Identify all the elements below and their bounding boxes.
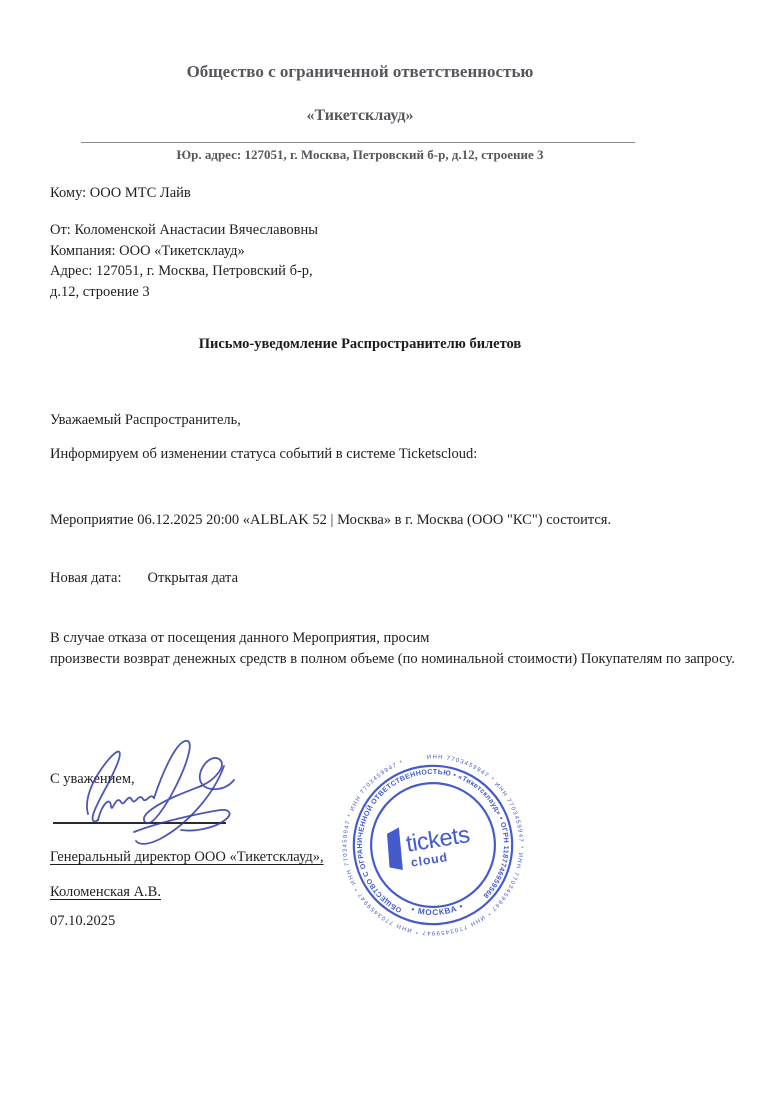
refund-paragraph-line1: В случае отказа от посещения данного Мер… [50, 630, 429, 647]
event-status-line: Мероприятие 06.12.2025 20:00 «ALBLAK 52 … [50, 512, 611, 529]
company-stamp: ИНН 7703459947 * ИНН 7703459947 * ИНН 77… [342, 754, 524, 936]
recipient-line: Кому: ООО МТС Лайв [50, 185, 191, 202]
stamp-logo: tickets cloud [384, 817, 474, 874]
sender-address-line1: Адрес: 127051, г. Москва, Петровский б-р… [50, 263, 313, 280]
org-type-heading: Общество с ограниченной ответственностью [50, 62, 670, 82]
sender-from-line: От: Коломенской Анастасии Вячеславовны [50, 222, 318, 239]
stamp-city-text: • МОСКВА • [410, 901, 466, 919]
letter-title: Письмо-уведомление Распространителю биле… [50, 336, 670, 353]
letter-date: 07.10.2025 [50, 913, 115, 930]
sender-address-line2: д.12, строение 3 [50, 284, 150, 301]
svg-text:• МОСКВА •: • МОСКВА • [410, 901, 466, 919]
sender-company-line: Компания: ООО «Тикетсклауд» [50, 243, 245, 260]
letter-document: Общество с ограниченной ответственностью… [0, 0, 768, 1097]
salutation-line: Уважаемый Распространитель, [50, 412, 241, 429]
ticket-bar-icon [384, 827, 406, 872]
legal-address: Юр. адрес: 127051, г. Москва, Петровский… [50, 147, 670, 163]
refund-paragraph-line2: произвести возврат денежных средств в по… [50, 651, 735, 668]
new-date-label: Новая дата: [50, 570, 122, 586]
intro-line: Информируем об изменении статуса событий… [50, 446, 477, 463]
new-date-row: Новая дата:Открытая дата [50, 570, 238, 587]
org-name-heading: «Тикетсклауд» [50, 107, 670, 125]
handwritten-signature [78, 734, 250, 852]
header-divider [81, 142, 635, 143]
director-name-line: Коломенская А.В. [50, 884, 161, 901]
new-date-value: Открытая дата [148, 570, 238, 586]
